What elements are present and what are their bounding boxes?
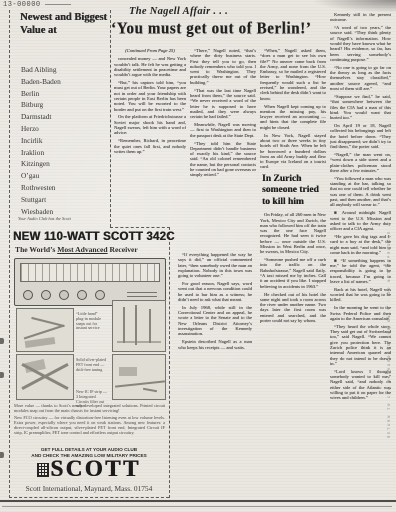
ad-border-bottom xyxy=(9,497,169,498)
paragraph: “Nagell,” the man went on, “went down a … xyxy=(330,152,391,173)
paragraph: “Remember, Richard, in peacetime the qui… xyxy=(114,138,186,154)
column-bottom-text: “If everything happened the way he says … xyxy=(178,252,252,350)
paragraph: ■ “If something happens to me,” he told … xyxy=(330,258,391,284)
scan-edge-mark xyxy=(0,452,4,458)
vertical-margin-stamp: RETURN TO CIA BACKGROUND USE ONLY · DO N… xyxy=(388,138,396,438)
paragraph: He checked out of his hotel the same nig… xyxy=(260,292,326,324)
receiver-slider-controls xyxy=(127,289,157,297)
fet-frontend-sketch xyxy=(112,300,166,352)
list-item: O’gau xyxy=(21,170,111,182)
scan-edge-mark xyxy=(0,338,4,344)
article-column-4: Kennedy still in the present outcome.“A … xyxy=(330,12,391,494)
continued-from-line: (Continued From Page 25) xyxy=(114,48,186,53)
knob-icon xyxy=(41,290,51,300)
paragraph: “They heard the whole story. They said g… xyxy=(330,324,391,366)
list-item: Berlin xyxy=(21,88,111,100)
list-item: Kitzingen xyxy=(21,158,111,170)
scott-logo: SCOTT xyxy=(12,456,166,482)
ad-subheadline-suffix: Receiver xyxy=(108,245,138,254)
module-hand-sketch xyxy=(16,308,74,352)
paragraph: In the morning he went to the Swiss Fede… xyxy=(330,305,391,321)
ad-list-heading: Newest and Biggest Value at xyxy=(20,11,110,37)
knob-icon xyxy=(95,290,105,300)
knob-icon xyxy=(23,290,33,300)
list-item: Bitburg xyxy=(21,99,111,111)
knob-icon xyxy=(77,290,87,300)
paragraph: “They told him the State Department didn… xyxy=(190,141,256,178)
paragraph: Kennedy still in the present outcome. xyxy=(330,12,391,23)
paragraph: “No one is going to go far on the theory… xyxy=(330,65,391,91)
paragraph: concealed money — and New York wouldn’t … xyxy=(114,56,186,77)
ad-address-line: Scott International, Maynard, Mass. 0175… xyxy=(10,484,168,493)
paragraph: Epstein described Nagell as a man who ke… xyxy=(178,339,252,350)
column-2-text: “There,” Nagell noted, “that’s where the… xyxy=(190,48,256,178)
paragraph: When Nagell kept coming up to mention th… xyxy=(260,104,326,130)
list-item: Herzo xyxy=(21,123,111,135)
ad-subheadline-prefix: The World’s xyxy=(15,245,57,254)
article-column-bottom-left: “If everything happened the way he says … xyxy=(178,252,252,494)
ad-caption-1: “Little hand” plug-in module snaps out f… xyxy=(76,312,107,331)
paragraph: New FCO circuitry — for virtually distor… xyxy=(14,415,165,435)
paragraph: “He gave his dog tags and I-card to a bo… xyxy=(330,234,391,255)
paragraph: More value — thanks to Scott’s newly dev… xyxy=(14,403,165,413)
paragraph: “A word of two years,” the source said. … xyxy=(330,25,391,62)
paragraph: In New York, Nagell stayed about two or … xyxy=(260,133,326,170)
paragraph: On Friday, of all 260 men in New York, M… xyxy=(260,212,326,254)
paragraph: For good reason, Nagell says, word went … xyxy=(178,281,252,302)
column-3-bottom-text: On Friday, of all 260 men in New York, M… xyxy=(260,212,326,323)
ad-border-step xyxy=(110,227,170,228)
ad-subheadline-underlined: Most Advanced xyxy=(57,245,107,254)
paragraph: ■ Around midnight Nagell went to the U.S… xyxy=(330,210,391,231)
scan-edge-mark xyxy=(0,372,4,378)
ad-body-copy: More value — thanks to Scott’s newly dev… xyxy=(14,403,165,438)
paragraph: “But,” his captors told him, “you must g… xyxy=(114,80,186,112)
paragraph: Meanwhile, Nagell was moving — first to … xyxy=(190,122,256,138)
paragraph: Back at his hotel, Nagell was worried th… xyxy=(330,287,391,303)
ad-border-left xyxy=(9,10,10,498)
paragraph: “You followed a man who was standing at … xyxy=(330,176,391,208)
list-item: Iraklion xyxy=(21,147,111,159)
list-item: Darmstadt xyxy=(21,111,111,123)
column-1-text: concealed money — and New York wouldn’t … xyxy=(114,56,186,154)
list-item: Rothwesten xyxy=(21,182,111,194)
ic-strip-sketch xyxy=(112,354,166,400)
article-kicker: The Nagell Affair . . . xyxy=(129,6,339,17)
knob-icon xyxy=(59,290,69,300)
article-column-2: “There,” Nagell noted, “that’s where the… xyxy=(190,48,256,246)
paragraph: “That was the last time Nagell heard fro… xyxy=(190,88,256,120)
paragraph: In July 1968, while still in the Correct… xyxy=(178,305,252,337)
article-headline: ‘You must get out of Berlin!’ xyxy=(111,20,337,38)
column-3-top-text: “When,” Nagell asked them, “does a man g… xyxy=(260,48,326,170)
paragraph: “Lord knows I thought somebody wanted to… xyxy=(330,369,391,401)
scott-wordmark: SCOTT xyxy=(50,456,140,481)
ad-caption-2: Solid silver-plated FET front end — drif… xyxy=(76,358,107,372)
bottom-rule-thin xyxy=(2,506,392,507)
document-number: 13-00000 xyxy=(3,1,71,9)
list-item: Bad Aibling xyxy=(21,64,111,76)
list-item: Stuttgart xyxy=(21,194,111,206)
receiver-knobs xyxy=(23,290,105,300)
ad-club-line: Your Audio Club has the Scott xyxy=(18,216,138,221)
paragraph: “Someone pushed me off a curb into the t… xyxy=(260,257,326,289)
article-column-3: “When,” Nagell asked them, “does a man g… xyxy=(260,48,326,494)
article-subhead: In Zurich someone tried to kill him xyxy=(262,174,320,209)
ad-subheadline: The World’s Most Advanced Receiver xyxy=(15,245,165,254)
ad-border-right xyxy=(169,227,170,498)
paragraph: “When,” Nagell asked them, “does a man g… xyxy=(260,48,326,101)
receiver-illustration xyxy=(14,258,166,306)
ad-location-list: Bad AiblingBaden-BadenBerlinBitburgDarms… xyxy=(21,64,111,217)
paragraph: On the platform at Friedrichstrasse a So… xyxy=(114,114,186,135)
paragraph: “Suppose we find,” he said, “that somewh… xyxy=(330,94,391,120)
ad-headline: NEW 110-WATT SCOTT 342C xyxy=(13,231,169,243)
column-4-text: Kennedy still in the present outcome.“A … xyxy=(330,12,391,401)
crossed-module-sketch xyxy=(16,354,74,400)
paragraph: “If everything happened the way he says … xyxy=(178,252,252,278)
scanned-newspaper-page: 13-00000 The Nagell Affair . . . ‘You mu… xyxy=(0,0,396,512)
receiver-dial-window xyxy=(20,263,160,282)
paragraph: On April 19 or 18, Nagell collected his … xyxy=(330,123,391,149)
list-item: Incirlik xyxy=(21,135,111,147)
scott-emblem-icon xyxy=(37,463,49,477)
list-item: Baden-Baden xyxy=(21,76,111,88)
paragraph: “There,” Nagell noted, “that’s where the… xyxy=(190,48,256,85)
bottom-rule-thick xyxy=(0,500,396,502)
